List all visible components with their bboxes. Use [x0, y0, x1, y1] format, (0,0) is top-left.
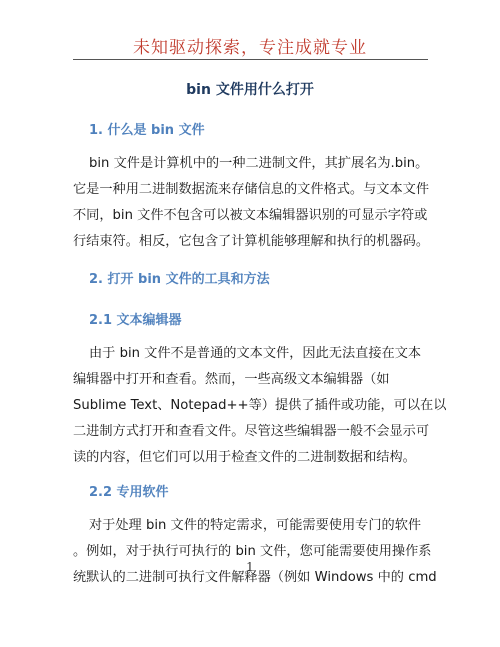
section-heading-2: 2. 打开 bin 文件的工具和方法 — [89, 271, 270, 289]
paragraph-line: 编辑器中打开和查看。然而，一些高级文本编辑器（如 — [73, 367, 433, 393]
paragraph-line: 对于处理 bin 文件的特定需求，可能需要使用专门的软件 — [73, 513, 433, 539]
header-divider — [73, 59, 428, 60]
paragraph-line: 读的内容，但它们可以用于检查文件的二进制数据和结构。 — [73, 445, 433, 471]
paragraph-line: Sublime Text、Notepad++等）提供了插件或功能，可以在以 — [73, 393, 433, 419]
section-2-1-paragraph: 由于 bin 文件不是普通的文本文件，因此无法直接在文本 编辑器中打开和查看。然… — [73, 341, 433, 471]
paragraph-line: 不同，bin 文件不包含可以被文本编辑器识别的可显示字符或 — [73, 203, 433, 229]
paragraph-line: 由于 bin 文件不是普通的文本文件，因此无法直接在文本 — [73, 341, 433, 367]
section-heading-2-1: 2.1 文本编辑器 — [89, 312, 182, 330]
paragraph-line: 二进制方式打开和查看文件。尽管这些编辑器一般不会显示可 — [73, 419, 433, 445]
section-heading-1: 1. 什么是 bin 文件 — [89, 122, 205, 140]
paragraph-line: 行结束符。相反，它包含了计算机能够理解和执行的机器码。 — [73, 229, 433, 255]
section-2-2-paragraph: 对于处理 bin 文件的特定需求，可能需要使用专门的软件 。例如，对于执行可执行… — [73, 513, 433, 591]
section-1-paragraph: bin 文件是计算机中的一种二进制文件，其扩展名为.bin。 它是一种用二进制数… — [73, 151, 433, 255]
section-heading-2-2: 2.2 专用软件 — [89, 484, 169, 502]
header-slogan: 未知驱动探索，专注成就专业 — [0, 38, 500, 58]
page-number: 1 — [0, 560, 500, 574]
document-title: bin 文件用什么打开 — [0, 80, 500, 100]
paragraph-line: bin 文件是计算机中的一种二进制文件，其扩展名为.bin。 — [73, 151, 433, 177]
paragraph-line: 它是一种用二进制数据流来存储信息的文件格式。与文本文件 — [73, 177, 433, 203]
